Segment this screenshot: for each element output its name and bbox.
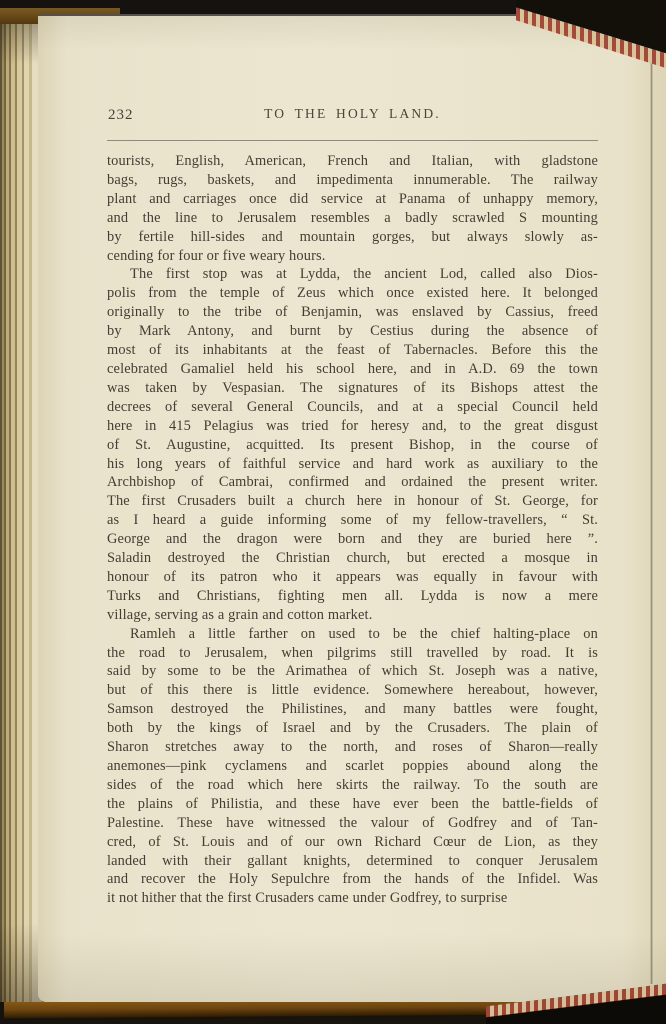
- text-line: and recover the Holy Sepulchre from the …: [107, 870, 598, 889]
- text-line: Ramleh a little farther on used to be th…: [107, 625, 598, 644]
- book-page: 232 TO THE HOLY LAND. tourists, English,…: [38, 14, 666, 1002]
- text-line: both by the kings of Israel and by the C…: [107, 719, 598, 738]
- text-line: decrees of several General Councils, and…: [107, 398, 598, 417]
- text-line: said by some to be the Arimathea of whic…: [107, 662, 598, 681]
- text-line: plant and carriages once did service at …: [107, 190, 598, 209]
- text-line: Samson destroyed the Philistines, and ma…: [107, 700, 598, 719]
- body-text: tourists, English, American, French and …: [107, 152, 598, 908]
- text-line: village, serving as a grain and cotton m…: [107, 606, 598, 625]
- text-line: sides of the road which here skirts the …: [107, 776, 598, 795]
- text-line: was taken by Vespasian. The signatures o…: [107, 379, 598, 398]
- page-edge-stack: [0, 24, 42, 1002]
- text-line: The first stop was at Lydda, the ancient…: [107, 265, 598, 284]
- text-line: by Mark Antony, and burnt by Cestius dur…: [107, 322, 598, 341]
- text-line: honour of its patron who it appears was …: [107, 568, 598, 587]
- paragraph: tourists, English, American, French and …: [107, 152, 598, 265]
- text-line: originally to the tribe of Benjamin, was…: [107, 303, 598, 322]
- text-line: here in 415 Pelagius was tried for heres…: [107, 417, 598, 436]
- text-line: Palestine. These have witnessed the valo…: [107, 814, 598, 833]
- text-line: of St. Augustine, acquitted. Its present…: [107, 436, 598, 455]
- running-title: TO THE HOLY LAND.: [107, 106, 598, 122]
- text-line: the plains of Philistia, and these have …: [107, 795, 598, 814]
- text-line: Saladin destroyed the Christian church, …: [107, 549, 598, 568]
- text-line: The first Crusaders built a church here …: [107, 492, 598, 511]
- text-line: cending for four or five weary hours.: [107, 247, 598, 266]
- text-line: but of this there is little evidence. So…: [107, 681, 598, 700]
- text-line: the road to Jerusalem, when pilgrims sti…: [107, 644, 598, 663]
- page-number: 232: [108, 107, 134, 124]
- text-line: it not hither that the first Crusaders c…: [107, 889, 598, 908]
- text-line: anemones—pink cyclamens and scarlet popp…: [107, 757, 598, 776]
- page-content: 232 TO THE HOLY LAND. tourists, English,…: [38, 16, 666, 908]
- text-line: polis from the temple of Zeus which once…: [107, 284, 598, 303]
- text-line: celebrated Gamaliel held his school here…: [107, 360, 598, 379]
- text-line: as I heard a guide informing some of my …: [107, 511, 598, 530]
- header-rule: [107, 140, 598, 141]
- text-line: by fertile hill-sides and mountain gorge…: [107, 228, 598, 247]
- text-line: Sharon stretches away to the north, and …: [107, 738, 598, 757]
- text-line: tourists, English, American, French and …: [107, 152, 598, 171]
- paragraph: Ramleh a little farther on used to be th…: [107, 625, 598, 909]
- text-line: Archbishop of Cambrai, confirmed and ord…: [107, 473, 598, 492]
- book-scan: 232 TO THE HOLY LAND. tourists, English,…: [0, 0, 666, 1024]
- text-line: his long years of faithful service and h…: [107, 455, 598, 474]
- page-header: 232 TO THE HOLY LAND.: [107, 106, 598, 127]
- paragraph: The first stop was at Lydda, the ancient…: [107, 265, 598, 624]
- text-line: George and the dragon were born and they…: [107, 530, 598, 549]
- text-line: cred, of St. Louis and of our own Richar…: [107, 833, 598, 852]
- text-line: and the line to Jerusalem resembles a ba…: [107, 209, 598, 228]
- text-line: Turks and Christians, fighting men all. …: [107, 587, 598, 606]
- text-line: bags, rugs, baskets, and impedimenta inn…: [107, 171, 598, 190]
- text-line: most of its inhabitants at the feast of …: [107, 341, 598, 360]
- text-line: landed with their gallant knights, deter…: [107, 852, 598, 871]
